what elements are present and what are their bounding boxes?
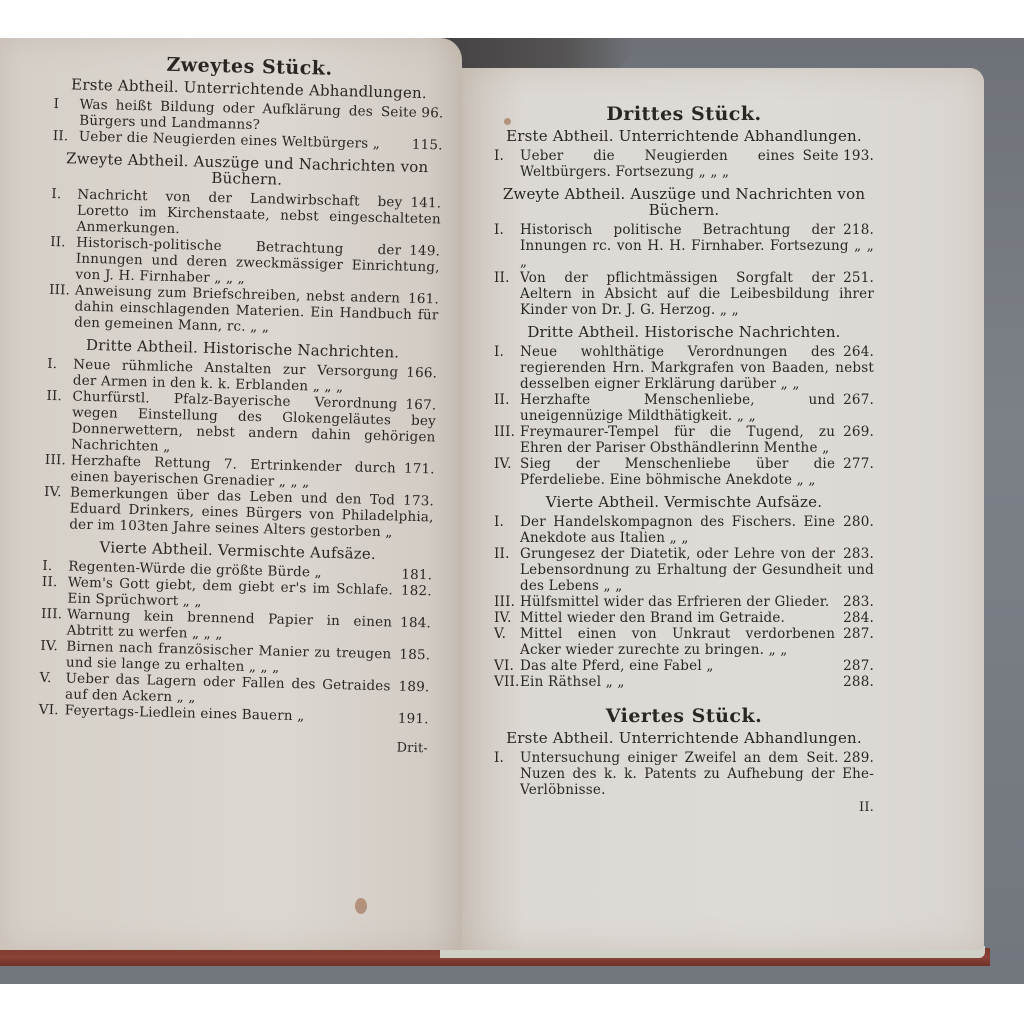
toc-entry: III.269.Freymaurer-Tempel für die Tugend…: [494, 424, 874, 456]
toc-entry: IV.173.Bemerkungen über das Leben und de…: [43, 484, 434, 542]
toc-entry: IV.277.Sieg der Menschenliebe über die P…: [494, 456, 874, 488]
section-heading: Vierte Abtheil. Vermischte Aufsäze.: [494, 494, 874, 510]
toc-entry: II.267.Herzhafte Menschenliebe, und unei…: [494, 392, 874, 424]
toc-entry: II.251.Von der pflichtmässigen Sorgfalt …: [494, 270, 874, 318]
toc-entry: V.287.Mittel einen von Unkraut verdorben…: [494, 626, 874, 658]
toc-entry: I.218.Historisch politische Betrachtung …: [494, 222, 874, 270]
section-heading: Zweyte Abtheil. Auszüge und Nachrichten …: [52, 150, 443, 192]
catchword: II.: [494, 800, 874, 816]
toc-entry: I.Seit. 289.Untersuchung einiger Zweifel…: [494, 750, 874, 798]
toc-entry: I.280.Der Handelskompagnon des Fischers.…: [494, 514, 874, 546]
section-heading: Erste Abtheil. Unterrichtende Abhandlung…: [494, 128, 874, 144]
toc-entry: IV.284.Mittel wieder den Brand im Getrai…: [494, 610, 874, 626]
toc-entry: VI.287.Das alte Pferd, eine Fabel „: [494, 658, 874, 674]
right-page-content: Drittes Stück. Erste Abtheil. Unterricht…: [494, 98, 874, 816]
stueck-title: Drittes Stück.: [494, 106, 874, 122]
toc-entry: I.Seite 193.Ueber die Neugierden eines W…: [494, 148, 874, 180]
right-page: Drittes Stück. Erste Abtheil. Unterricht…: [462, 68, 984, 950]
catchword: Drit-: [38, 732, 428, 758]
left-page-content: Zweytes Stück. Erste Abtheil. Unterricht…: [38, 46, 445, 757]
paper-stain: [355, 898, 367, 914]
toc-entry: II.167.Churfürstl. Pfalz-Bayerische Vero…: [45, 388, 436, 462]
toc-entry: III.161.Anweisung zum Briefschreiben, ne…: [48, 282, 439, 340]
section-heading: Dritte Abtheil. Historische Nachrichten.: [494, 324, 874, 340]
toc-entry: I.264.Neue wohlthätige Verordnungen des …: [494, 344, 874, 392]
section-heading: Zweyte Abtheil. Auszüge und Nachrichten …: [494, 186, 874, 218]
toc-entry: VII.288.Ein Räthsel „ „: [494, 674, 874, 690]
toc-entry: II.283.Grungesez der Diatetik, oder Lehr…: [494, 546, 874, 594]
left-page: Zweytes Stück. Erste Abtheil. Unterricht…: [0, 38, 462, 950]
toc-entry: III.283.Hülfsmittel wider das Erfrieren …: [494, 594, 874, 610]
stueck-title-2: Viertes Stück.: [494, 708, 874, 724]
section-heading: Erste Abtheil. Unterrichtende Abhandlung…: [494, 730, 874, 746]
